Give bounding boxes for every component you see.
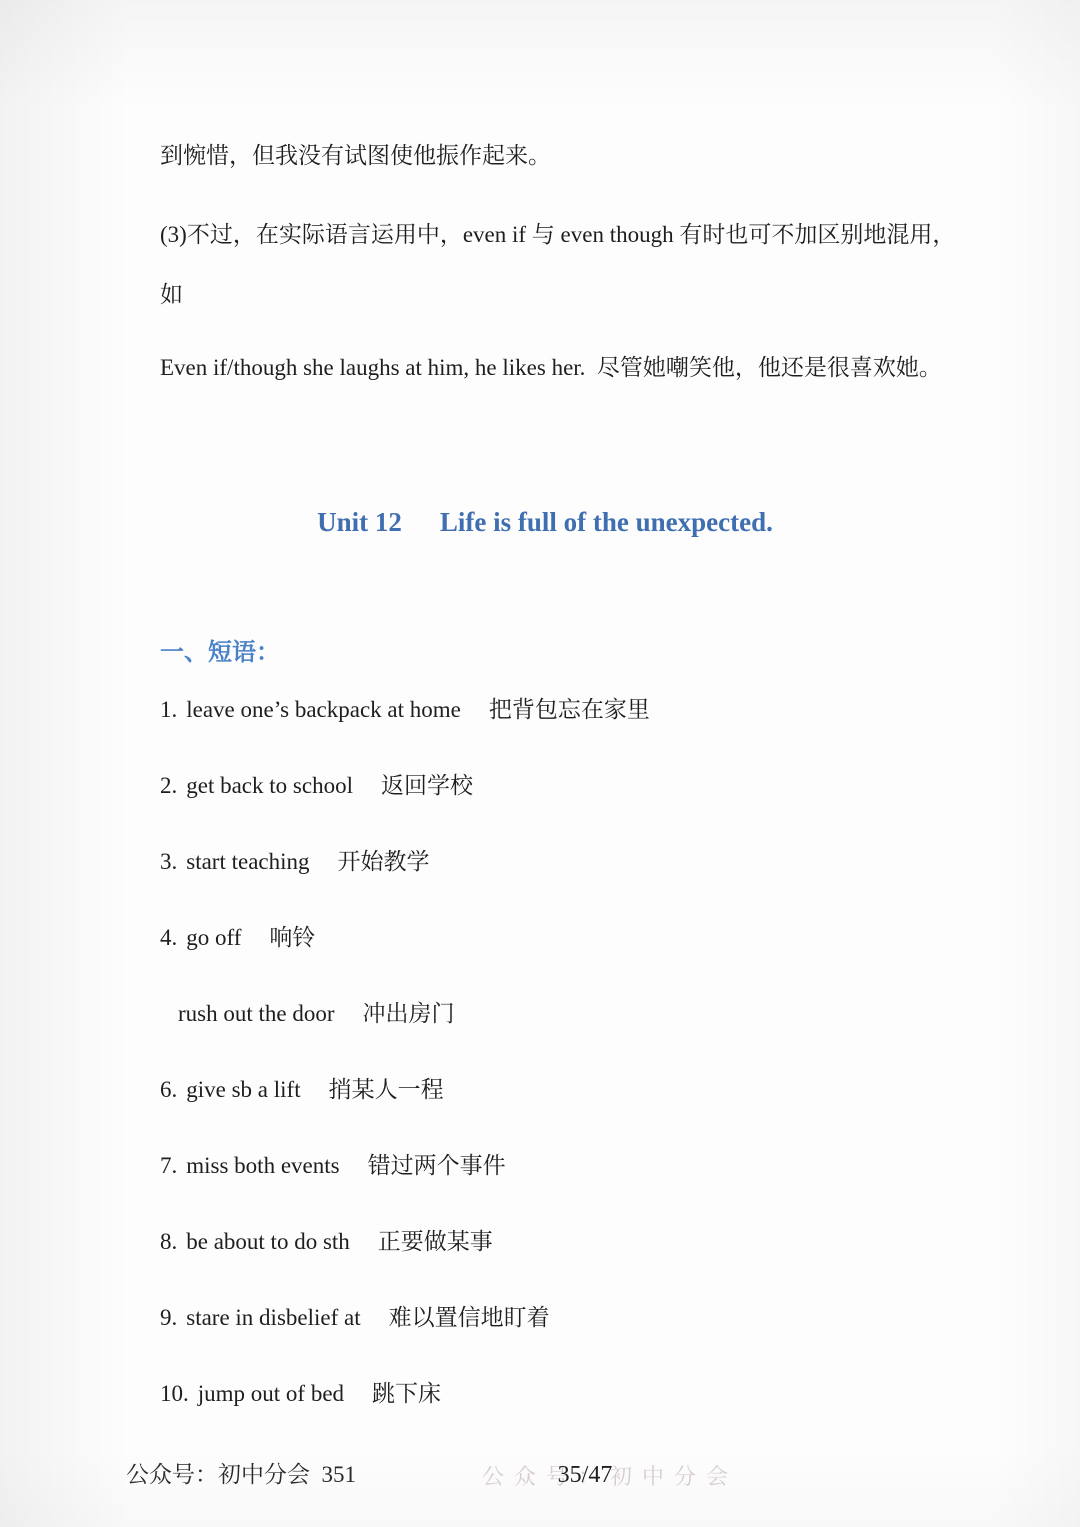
phrase-english: get back to school [186, 773, 353, 798]
phrase-english: jump out of bed [198, 1381, 344, 1406]
phrase-row: 6.give sb a lift捎某人一程 [160, 1077, 930, 1103]
phrase-number: 1. [160, 697, 177, 722]
phrase-number: 4. [160, 925, 177, 950]
phrase-english: rush out the door [178, 1001, 335, 1026]
paragraph-line: 到惋惜，但我没有试图使他振作起来。 [160, 143, 930, 169]
phrase-english: miss both events [186, 1153, 339, 1178]
phrase-chinese: 响铃 [269, 925, 315, 950]
phrase-english: leave one’s backpack at home [186, 697, 461, 722]
phrase-english: stare in disbelief at [186, 1305, 360, 1330]
phrase-row: 9.stare in disbelief at难以置信地盯着 [160, 1305, 930, 1331]
phrase-chinese: 冲出房门 [363, 1001, 455, 1026]
phrase-row: 8.be about to do sth正要做某事 [160, 1229, 930, 1255]
phrase-chinese: 开始教学 [338, 849, 430, 874]
phrase-row: 2.get back to school返回学校 [160, 773, 930, 799]
footer-account-label: 公众号：初中分会 351 [126, 1460, 356, 1490]
phrase-english: be about to do sth [186, 1229, 350, 1254]
phrase-row: 7.miss both events错过两个事件 [160, 1153, 930, 1179]
phrase-chinese: 错过两个事件 [368, 1153, 506, 1178]
paragraph-line: 如 [160, 282, 930, 308]
page-footer: 公众号：初中分会 351 公众号：初中分会 35/47 [0, 1460, 1080, 1494]
unit-number: Unit 12 [317, 507, 402, 537]
page-number: 35/47 [558, 1462, 613, 1488]
phrase-number: 9. [160, 1305, 177, 1330]
page-content: 到惋惜，但我没有试图使他振作起来。 (3)不过，在实际语言运用中，even if… [0, 0, 1080, 1407]
unit-name: Life is full of the unexpected. [440, 507, 773, 537]
phrase-list: 1.leave one’s backpack at home把背包忘在家里 2.… [160, 697, 930, 1407]
phrase-row: 4.go off响铃 [160, 925, 930, 951]
phrase-row: rush out the door冲出房门 [160, 1001, 930, 1027]
phrase-number: 8. [160, 1229, 177, 1254]
phrase-number: 10. [160, 1381, 189, 1406]
phrase-chinese: 把背包忘在家里 [489, 697, 650, 722]
phrase-english: give sb a lift [186, 1077, 300, 1102]
phrase-english: go off [186, 925, 241, 950]
phrase-chinese: 返回学校 [381, 773, 473, 798]
paragraph-line: (3)不过，在实际语言运用中，even if 与 even though 有时也… [160, 222, 930, 248]
phrase-chinese: 正要做某事 [378, 1229, 493, 1254]
section-heading: 一、短语： [160, 640, 930, 666]
phrase-number: 2. [160, 773, 177, 798]
phrase-row: 10.jump out of bed跳下床 [160, 1381, 930, 1407]
footer-page-container: 35/47 [415, 1460, 755, 1490]
phrase-number: 3. [160, 849, 177, 874]
phrase-number: 7. [160, 1153, 177, 1178]
phrase-english: start teaching [186, 849, 309, 874]
phrase-chinese: 捎某人一程 [329, 1077, 444, 1102]
phrase-chinese: 跳下床 [372, 1381, 441, 1406]
example-sentence: Even if/though she laughs at him, he lik… [160, 355, 930, 381]
document-page: 到惋惜，但我没有试图使他振作起来。 (3)不过，在实际语言运用中，even if… [0, 0, 1080, 1527]
unit-title: Unit 12Life is full of the unexpected. [160, 505, 930, 539]
phrase-chinese: 难以置信地盯着 [389, 1305, 550, 1330]
phrase-number: 6. [160, 1077, 177, 1102]
phrase-row: 3.start teaching开始教学 [160, 849, 930, 875]
phrase-row: 1.leave one’s backpack at home把背包忘在家里 [160, 697, 930, 723]
